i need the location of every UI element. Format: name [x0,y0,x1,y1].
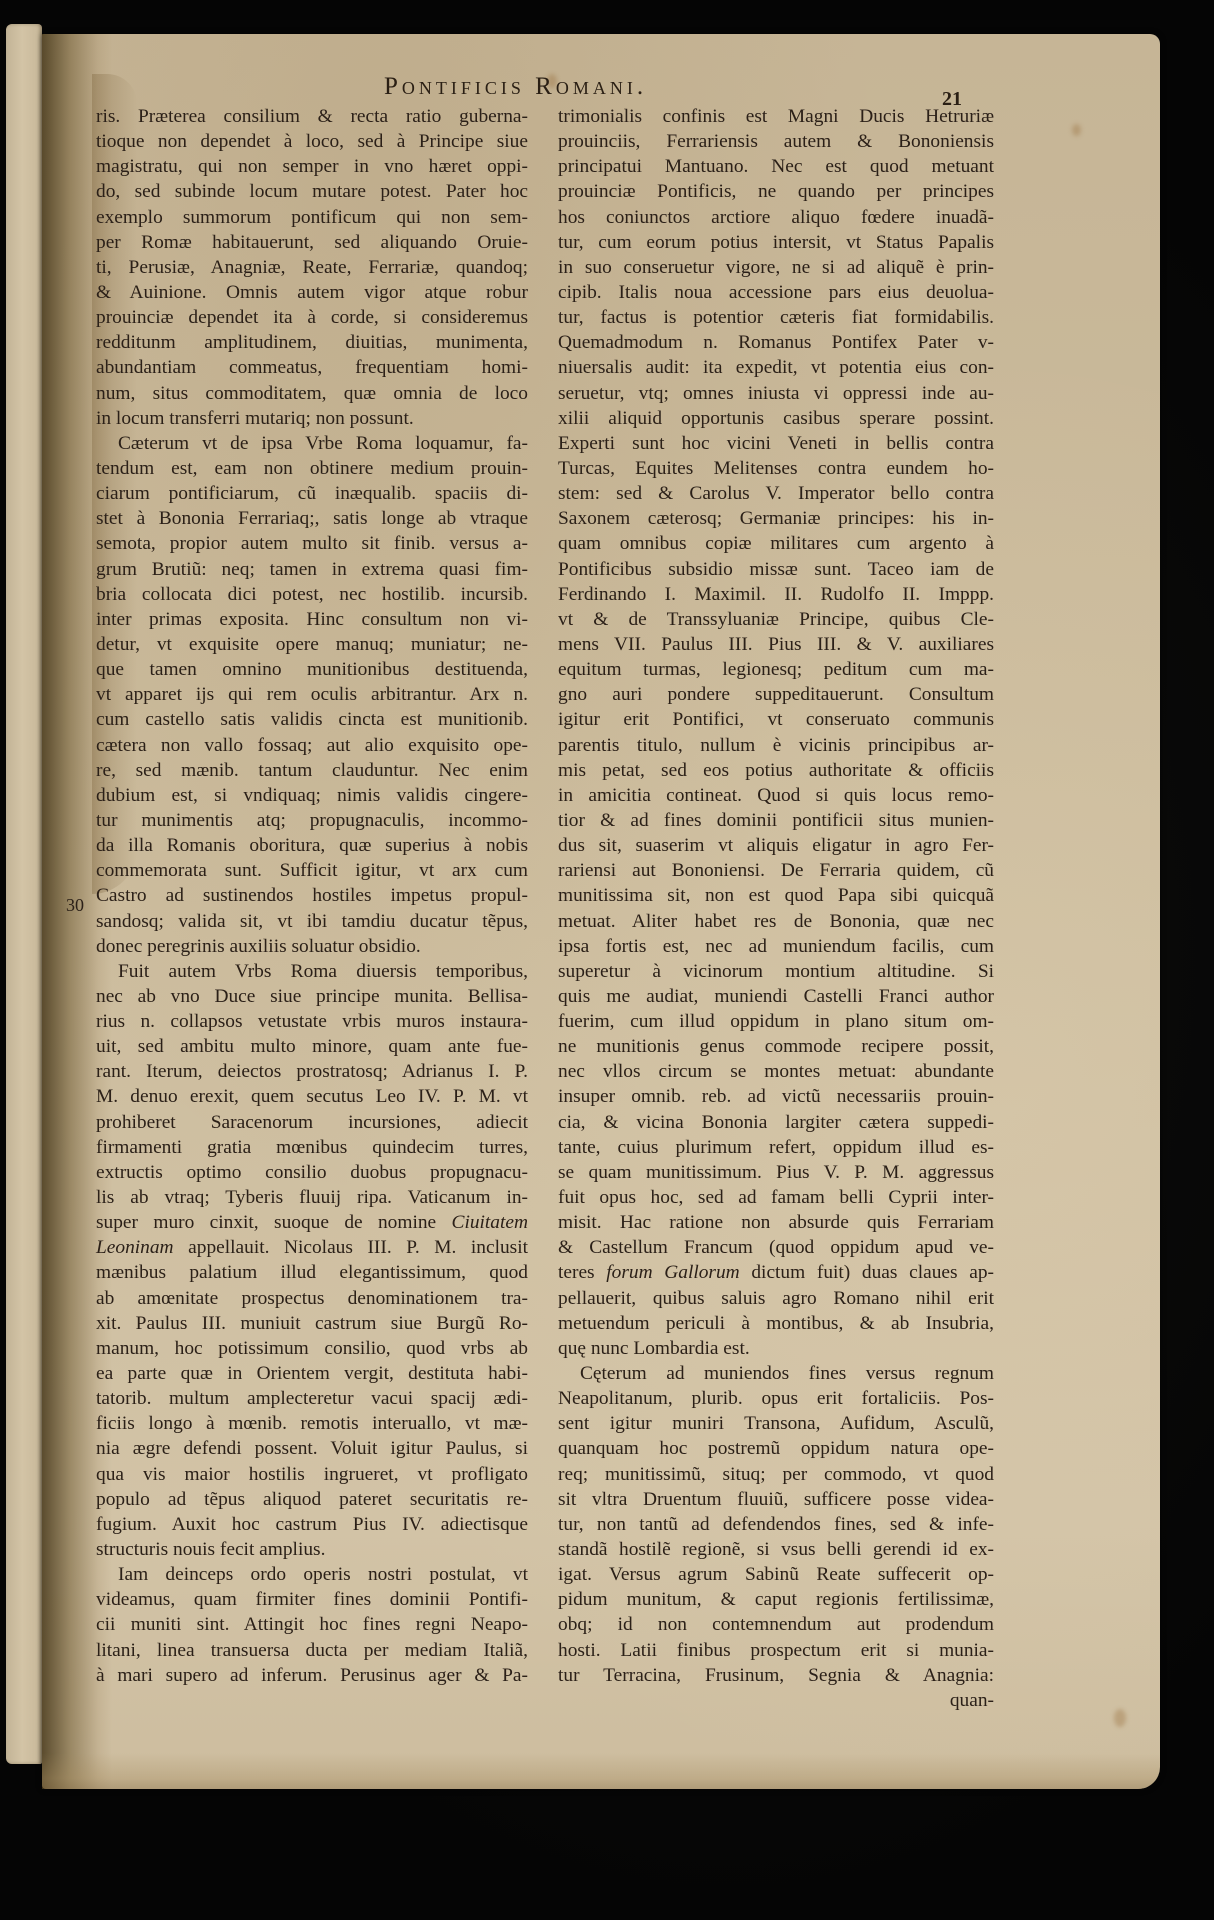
text-line: trimonialis confinis est Magni Ducis Het… [558,104,994,129]
text-line-with-italic: super muro cinxit, suoque de nomine Ciui… [96,1210,528,1235]
text-line: in suo conseruetur vigore, ne si ad aliq… [558,255,994,280]
text-line: ciarum pontificiarum, cũ inæqualib. spac… [96,481,528,506]
text-line: redditunm amplitudinem, diuitias, munime… [96,330,528,355]
text-line: cipib. Italis noua accessione pars eius … [558,280,994,305]
text-line: rius n. collapsos vetustate vrbis muros … [96,1009,528,1034]
text-line: qua vis maior hostilis ingrueret, vt pro… [96,1462,528,1487]
text-line: gno auri pondere suppeditauerunt. Consul… [558,682,994,707]
text-line: ne munitionis genus commode recipere pos… [558,1034,994,1059]
text-line: metuendum periculi à montibus, & ab Insu… [558,1311,994,1336]
text-fragment: appellauit. Nicolaus III. P. M. inclusit [188,1237,528,1258]
paragraph-start: Cæterum vt de ipsa Vrbe Roma loquamur, f… [96,431,528,456]
text-line: rant. Iterum, deiectos prostratosq; Adri… [96,1059,528,1084]
paragraph-start: Iam deinceps ordo operis nostri postulat… [96,1562,528,1587]
text-line: munitissima sit, non est quod Papa sibi … [558,883,994,908]
text-line: firmamenti gratia mœnibus quindecim turr… [96,1135,528,1160]
text-line: bria collocata dici potest, nec hostilib… [96,582,528,607]
text-line: tioque non dependet à loco, sed à Princi… [96,129,528,154]
text-line: hosti. Latii finibus prospectum erit si … [558,1638,994,1663]
text-line: vt apparet ijs qui rem oculis arbitrantu… [96,682,528,707]
text-line: prouinciis, Ferrariensis autem & Bononie… [558,129,994,154]
text-line: inter primas exposita. Hinc consultum no… [96,607,528,632]
text-line: superetur à vicinorum montium altitudine… [558,959,994,984]
text-line: prohiberet Saracenorum incursiones, adie… [96,1110,528,1135]
text-line: Turcas, Equites Melitenses contra eundem… [558,456,994,481]
text-line: dubium est, si vndiquaq; nimis validis c… [96,783,528,808]
text-line: que tamen omnino munitionibus destituend… [96,657,528,682]
page-bottom-edge [42,1753,1160,1789]
text-line: uit, sed ambitu multo minore, quam ante … [96,1034,528,1059]
text-line: sit vltra Druentum fluuiũ, sufficere pos… [558,1487,994,1512]
text-line: sandosq; valida sit, vt ibi tamdiu ducat… [96,909,528,934]
text-line: cætera non vallo fossaq; aut alio exquis… [96,733,528,758]
text-line: per Romæ habitauerunt, sed aliquando Oru… [96,230,528,255]
text-line: detur, vt exquisite opere manuq; muniatu… [96,632,528,657]
text-line: insuper omnib. reb. ad victũ necessariis… [558,1084,994,1109]
text-line: rariensi aut Bononiensi. De Ferraria qui… [558,858,994,883]
foxing-spot [1072,124,1081,136]
text-line: tendum est, eam non obtinere medium prou… [96,456,528,481]
text-line: quam omnibus copiæ militares cum argento… [558,531,994,556]
catchword: quan- [558,1688,994,1713]
text-line: xilii aliquid opportunis casibus sperare… [558,406,994,431]
text-line: tur, non tantũ ad defendendos fines, sed… [558,1512,994,1537]
italic-name-forum-gallorum: forum Gallorum [606,1262,739,1283]
foxing-spot [1114,1709,1126,1727]
text-line: donec peregrinis auxiliis soluatur obsid… [96,934,528,959]
text-line: fuit opus hoc, sed ad famam belli Cyprii… [558,1185,994,1210]
text-line: req; munitissimũ, situq; per commodo, vt… [558,1462,994,1487]
text-line: abundantiam commeatus, frequentiam homi- [96,355,528,380]
text-line: grum Brutiũ: neq; tamen in extrema quasi… [96,557,528,582]
text-line: Pontificibus subsidio missæ sunt. Taceo … [558,557,994,582]
text-line: tior & ad fines dominii pontificii situs… [558,808,994,833]
text-line: Ferdinando I. Maximil. II. Rudolfo II. I… [558,582,994,607]
text-line: seruetur, vtq; omnes iniusta vi oppressi… [558,381,994,406]
paragraph-start: Fuit autem Vrbs Roma diuersis temporibus… [96,959,528,984]
text-line: igitur erit Pontifici, vt conseruato com… [558,707,994,732]
text-line: vt & de Transsyluaniæ Principe, quibus C… [558,607,994,632]
text-line: litani, linea transuersa ducta per media… [96,1638,528,1663]
text-line: mis petat, sed eos potius authoritate & … [558,758,994,783]
italic-name-civitatem: Ciuitatem [452,1212,528,1233]
text-line: Neapolitanum, plurib. opus erit fortalic… [558,1386,994,1411]
text-line: magistratu, qui non semper in vno hæret … [96,154,528,179]
text-line: re, sed mænib. tantum clauduntur. Nec en… [96,758,528,783]
text-line: ficiis longo à mœnib. remotis interuallo… [96,1411,528,1436]
text-line: niuersalis audit: ita expedit, vt potent… [558,355,994,380]
text-line: hos coniunctos arctiore aliquo fœdere in… [558,205,994,230]
margin-line-number: 30 [66,895,84,916]
text-line: videamus, quam firmiter fines dominii Po… [96,1587,528,1612]
text-line: tur, cum eorum potius intersit, vt Statu… [558,230,994,255]
text-line: Castro ad sustinendos hostiles impetus p… [96,883,528,908]
running-head-title: Pontificis Romani. [384,73,647,101]
text-line: Experti sunt hoc vicini Veneti in bellis… [558,431,994,456]
text-line: mænibus palatium illud elegantissimum, q… [96,1260,528,1285]
text-line: ab amœnitate prospectus denominationem t… [96,1286,528,1311]
text-line: populo ad tẽpus aliquod pateret securita… [96,1487,528,1512]
text-fragment: teres [558,1262,595,1283]
previous-leaf-edge [6,24,42,1764]
text-line: semota, propior autem multo sit finib. v… [96,531,528,556]
text-line: cia, & vicina Bononia largiter cætera su… [558,1110,994,1135]
text-line: cii muniti sint. Attingit hoc fines regn… [96,1612,528,1637]
text-line: prouinciæ dependet ita à corde, si consi… [96,305,528,330]
text-line: tur Terracina, Frusinum, Segnia & Anagni… [558,1663,994,1688]
text-line: sent igitur muniri Transona, Aufidum, As… [558,1411,994,1436]
text-line: manum, hoc potissimum consilio, quod vrb… [96,1336,528,1361]
text-line: metuat. Aliter habet res de Bononia, quæ… [558,909,994,934]
text-line: quanquam hoc postremũ oppidum natura ope… [558,1436,994,1461]
italic-name-leoninam: Leoninam [96,1237,174,1258]
text-line: xit. Paulus III. muniuit castrum siue Bu… [96,1311,528,1336]
text-line: Saxonem cæterosq; Germaniæ principes: hi… [558,506,994,531]
text-line: ipsa fortis est, nec ad muniendum facili… [558,934,994,959]
text-line: structuris nouis fecit amplius. [96,1537,528,1562]
text-line: misit. Hac ratione non absurde quis Ferr… [558,1210,994,1235]
text-line-with-italic: Leoninam appellauit. Nicolaus III. P. M.… [96,1235,528,1260]
text-line: Quemadmodum n. Romanus Pontifex Pater v- [558,330,994,355]
text-line: tante, cuius plurimum refert, oppidum il… [558,1135,994,1160]
text-line: do, sed subinde locum mutare potest. Pat… [96,179,528,204]
paragraph-start: Cęterum ad muniendos fines versus regnum [558,1361,994,1386]
text-line-with-italic: teres forum Gallorum dictum fuit) duas c… [558,1260,994,1285]
text-line: quis me audiat, muniendi Castelli Franci… [558,984,994,1009]
text-line: & Castellum Francum (quod oppidum apud v… [558,1235,994,1260]
text-line: tatorib. multum amplecteretur vacui spac… [96,1386,528,1411]
text-line: igat. Versus agrum Sabinũ Reate suffecer… [558,1562,994,1587]
text-line: equitum turmas, legionesq; peditum cum m… [558,657,994,682]
text-line: se quam munitissimum. Pius V. P. M. aggr… [558,1160,994,1185]
text-line: obq; id non contemnendum aut prodendum [558,1612,994,1637]
text-line: dus sit, suaserim vt aliquis eligatur in… [558,833,994,858]
text-line: extructis optimo consilio duobus propugn… [96,1160,528,1185]
text-line: prouinciæ Pontificis, ne quando per prin… [558,179,994,204]
text-line: quę nunc Lombardia est. [558,1336,994,1361]
text-line: standã hostilẽ regionẽ, si vsus belli ge… [558,1537,994,1562]
text-line: mens VII. Paulus III. Pius III. & V. aux… [558,632,994,657]
text-line: pidum munitum, & caput regionis fertilis… [558,1587,994,1612]
text-line: principatui Mantuano. Nec est quod metua… [558,154,994,179]
text-line: stem: sed & Carolus V. Imperator bello c… [558,481,994,506]
text-line: commemorata sunt. Sufficit igitur, vt ar… [96,858,528,883]
text-line: ris. Præterea consilium & recta ratio gu… [96,104,528,129]
text-line: parentis titulo, nullum è vicinis princi… [558,733,994,758]
text-line: fuerim, cum illud oppidum in plano situm… [558,1009,994,1034]
text-line: à mari supero ad inferum. Perusinus ager… [96,1663,528,1688]
text-line: cum castello satis validis cincta est mu… [96,707,528,732]
text-line: M. denuo erexit, quem secutus Leo IV. P.… [96,1084,528,1109]
text-fragment: dictum fuit) duas claues ap- [751,1262,994,1283]
text-line: tur munimentis atq; propugnaculis, incom… [96,808,528,833]
text-line: in locum transferri mutariq; non possunt… [96,406,528,431]
text-line: ea parte quæ in Orientem vergit, destitu… [96,1361,528,1386]
text-fragment: super muro cinxit, suoque de nomine [96,1212,436,1233]
text-line: fugium. Auxit hoc castrum Pius IV. adiec… [96,1512,528,1537]
text-line: nec ab vno Duce siue principe munita. Be… [96,984,528,1009]
text-line: nec vllos circum se montes metuat: abund… [558,1059,994,1084]
text-line: stet à Bononia Ferrariaq;, satis longe a… [96,506,528,531]
text-column-right: trimonialis confinis est Magni Ducis Het… [558,104,994,1713]
text-line: exemplo summorum pontificum qui non sem- [96,205,528,230]
text-line: pellauerit, quibus saluis agro Romano ni… [558,1286,994,1311]
text-line: nia ægre defendi possent. Voluit igitur … [96,1436,528,1461]
text-line: ti, Perusiæ, Anagniæ, Reate, Ferrariæ, q… [96,255,528,280]
text-line: num, situs commoditatem, quæ omnia de lo… [96,381,528,406]
text-line: da illa Romanis oboritura, quæ superius … [96,833,528,858]
text-line: & Auinione. Omnis autem vigor atque robu… [96,280,528,305]
text-line: in amicitia contineat. Quod si quis locu… [558,783,994,808]
text-column-left: ris. Præterea consilium & recta ratio gu… [96,104,528,1688]
text-line: lis ab vtraq; Tyberis fluuij ripa. Vatic… [96,1185,528,1210]
text-line: tur, factus is potentior cæteris fiat fo… [558,305,994,330]
